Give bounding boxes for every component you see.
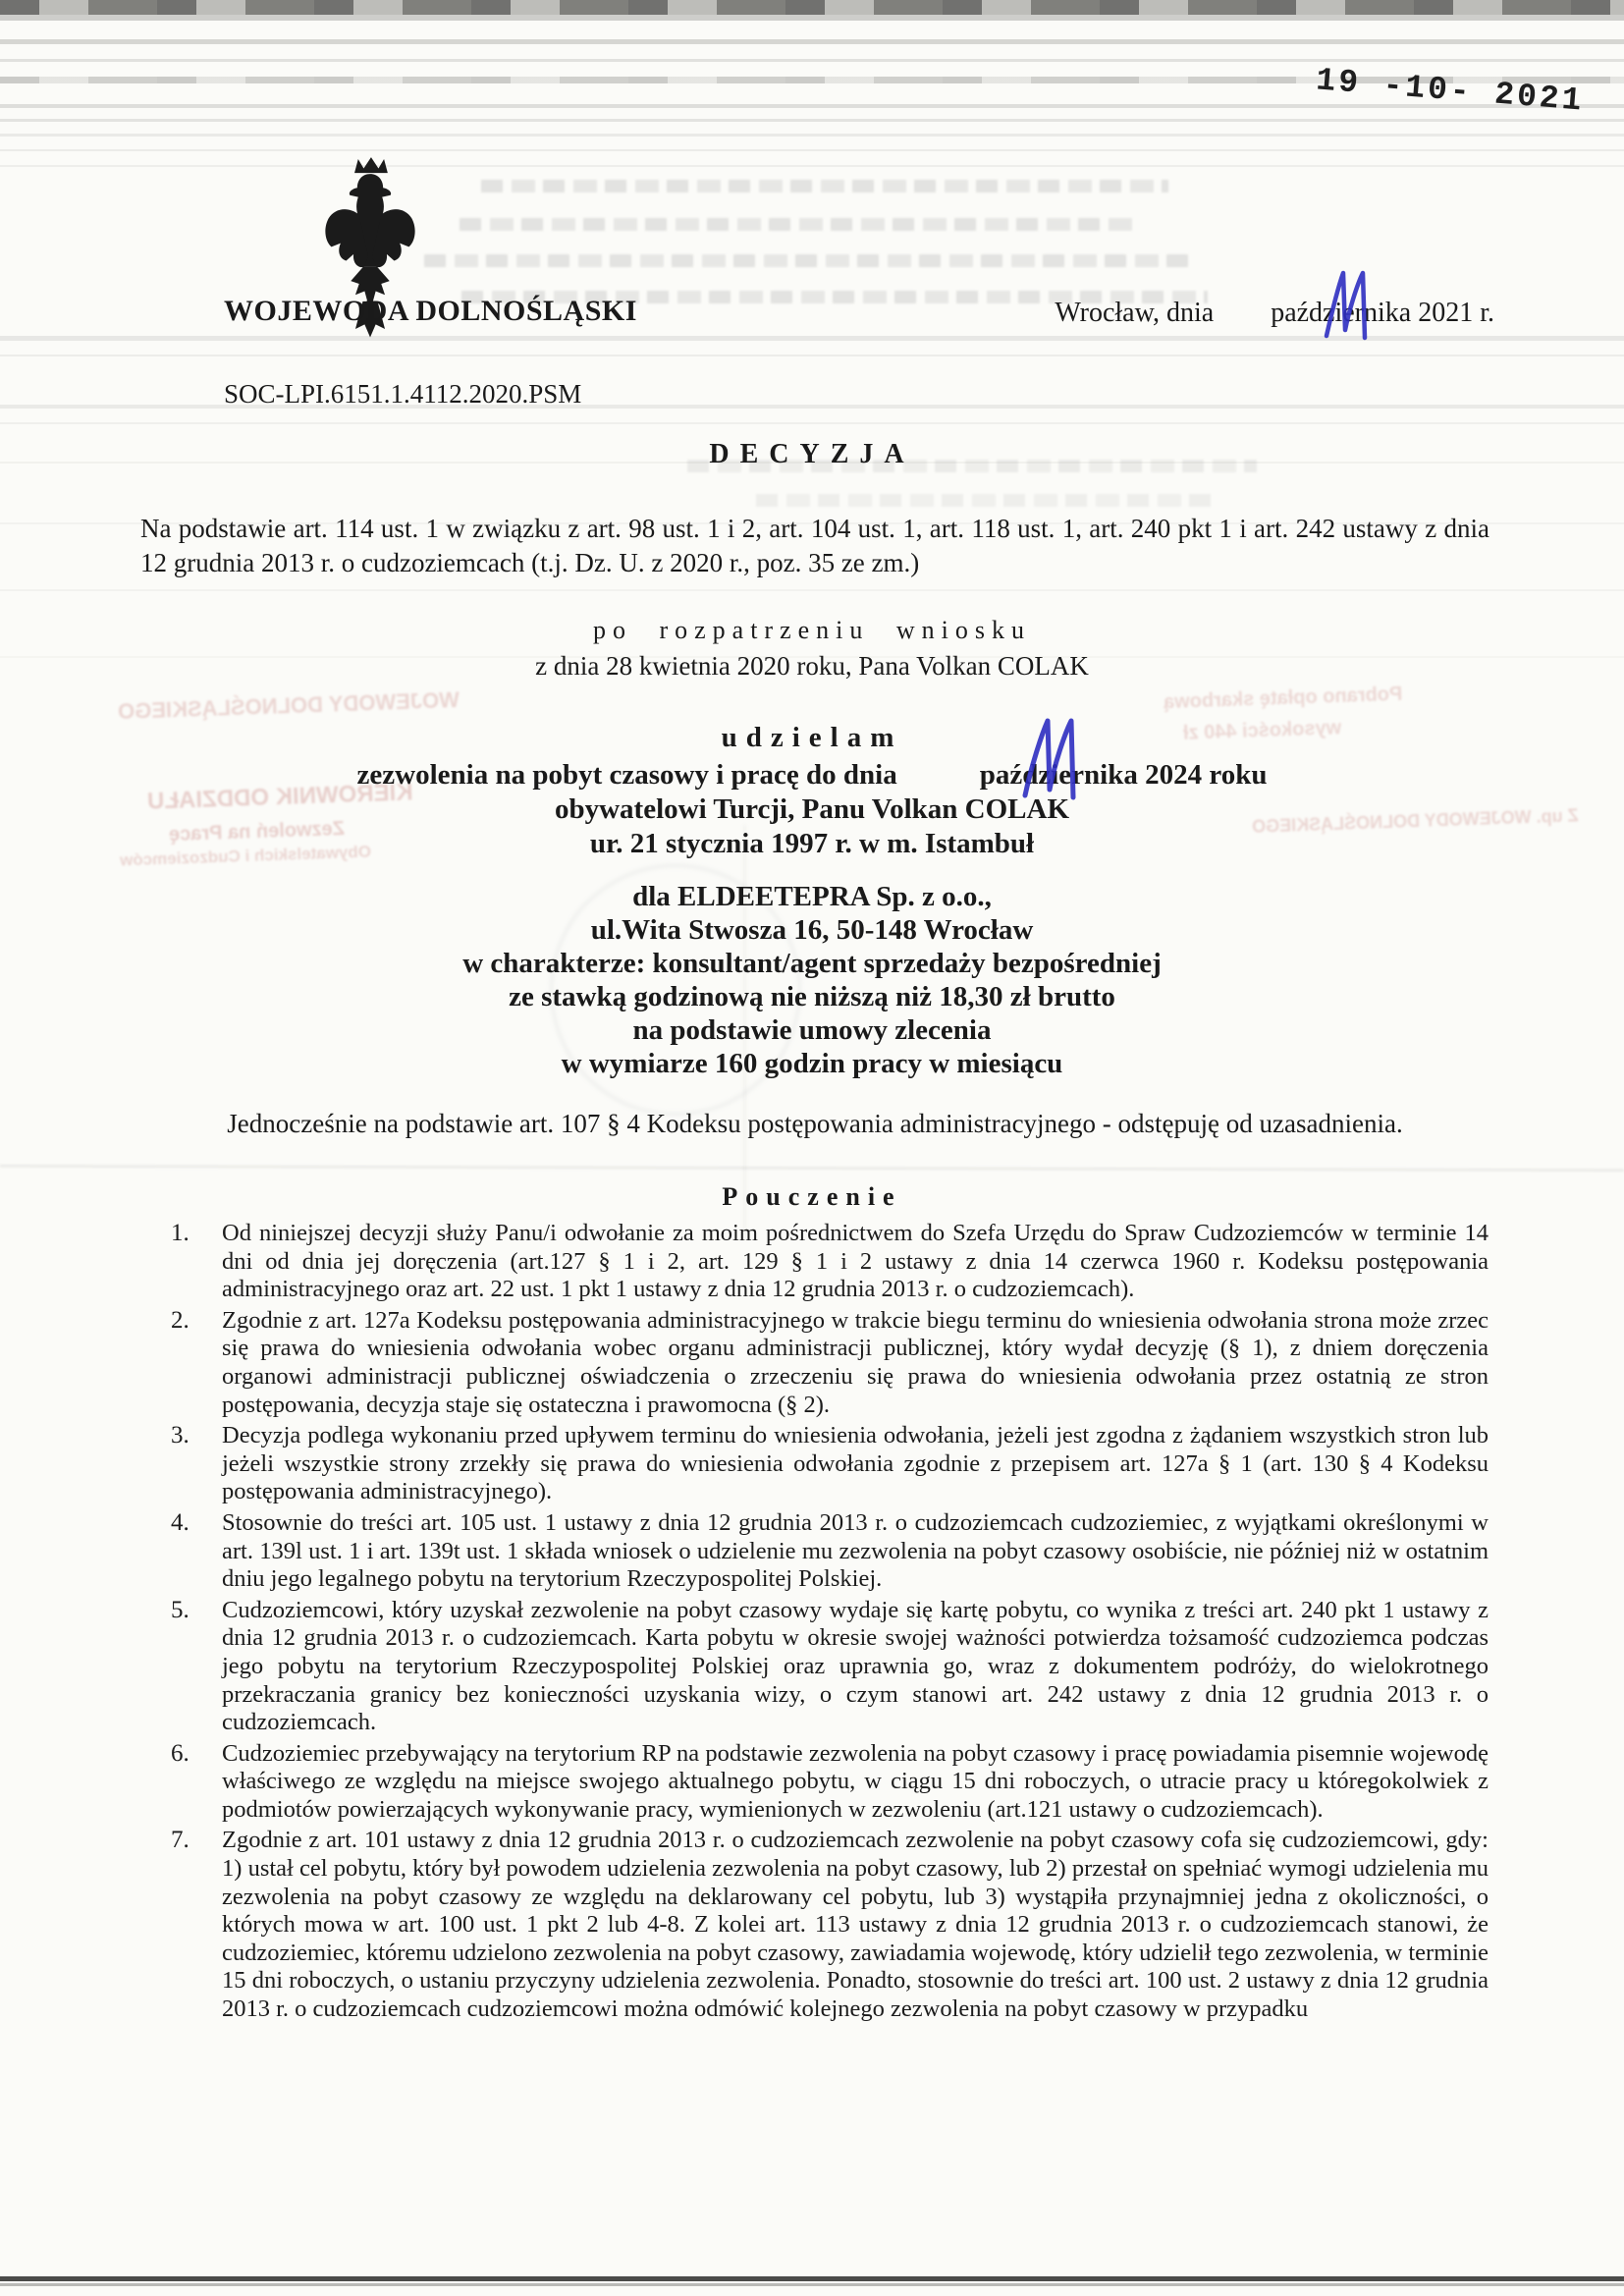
scan-streak xyxy=(0,119,1624,122)
scan-streak xyxy=(0,422,1624,424)
pouczenie-heading: Pouczenie xyxy=(0,1182,1624,1212)
pouczenie-item: Od niniejszej decyzji służy Panu/i odwoł… xyxy=(165,1220,1489,1304)
scan-streak xyxy=(0,59,1624,62)
scan-streak xyxy=(0,39,1624,44)
employer-line: w charakterze: konsultant/agent sprzedaż… xyxy=(0,948,1624,981)
after-review-heading: po rozpatrzeniu wniosku xyxy=(0,616,1624,645)
scan-streak xyxy=(0,104,1624,108)
place-date-suffix: października 2021 r. xyxy=(1271,298,1494,328)
place-date-prefix: Wrocław, dnia xyxy=(1055,298,1214,328)
ghost-stamp-text: Pobrano opłatę skarbową xyxy=(1164,683,1403,714)
scan-streak xyxy=(0,2276,1624,2281)
employer-line: na podstawie umowy zlecenia xyxy=(0,1014,1624,1048)
grant-line: zezwolenia na pobyt czasowy i pracę do d… xyxy=(0,759,1624,792)
scan-streak xyxy=(0,355,1624,356)
pouczenie-item: Zgodnie z art. 127a Kodeksu postępowania… xyxy=(165,1307,1489,1419)
pouczenie-item: Decyzja podlega wykonaniu przed upływem … xyxy=(165,1422,1489,1506)
pouczenie-item: Cudzoziemiec przebywający na terytorium … xyxy=(165,1740,1489,1825)
scan-streak xyxy=(0,336,1624,341)
after-review-subline: z dnia 28 kwietnia 2020 roku, Pana Volka… xyxy=(0,651,1624,682)
scanned-decision-page: WOJEWODY DOLNOŚLĄSKIEGO KIEROWNIK ODDZIA… xyxy=(0,0,1624,2296)
pouczenie-item: Stosownie do treści art. 105 ust. 1 usta… xyxy=(165,1509,1489,1594)
employer-line: ul.Wita Stwosza 16, 50-148 Wrocław xyxy=(0,914,1624,948)
no-justification-line: Jednocześnie na podstawie art. 107 § 4 K… xyxy=(140,1109,1489,1139)
employer-block: dla ELDEETEPRA Sp. z o.o., ul.Wita Stwos… xyxy=(0,881,1624,1081)
scan-streak xyxy=(0,589,1624,591)
scan-streak xyxy=(0,149,1624,151)
pouczenie-item: Cudzoziemcowi, który uzyskał zezwolenie … xyxy=(165,1597,1489,1737)
place-date-line: Wrocław, dniapaździernika 2021 r. xyxy=(854,298,1494,329)
scan-streak xyxy=(0,165,1624,167)
issuer-title: WOJEWODA DOLNOŚLĄSKI xyxy=(224,295,637,328)
pouczenie-item: Zgodnie z art. 101 ustawy z dnia 12 grud… xyxy=(165,1827,1489,2023)
scan-streak xyxy=(0,15,1624,21)
employer-line: ze stawką godzinową nie niższą niż 18,30… xyxy=(0,981,1624,1014)
received-date-stamp: 19 -10- 2021 xyxy=(1315,62,1586,119)
case-number: SOC-LPI.6151.1.4112.2020.PSM xyxy=(224,379,581,410)
grant-prefix: zezwolenia na pobyt czasowy i pracę do d… xyxy=(357,759,897,791)
scan-streak xyxy=(0,0,1624,15)
scan-streak xyxy=(0,134,1624,137)
ghost-text-bar xyxy=(460,218,1137,231)
ghost-text-bar xyxy=(756,494,1218,507)
ghost-text-bar xyxy=(481,180,1168,192)
beneficiary-line: obywatelowi Turcji, Panu Volkan COLAK xyxy=(0,793,1624,826)
employer-line: w wymiarze 160 godzin pracy w miesiącu xyxy=(0,1048,1624,1081)
employer-line: dla ELDEETEPRA Sp. z o.o., xyxy=(0,881,1624,914)
beneficiary-birth-line: ur. 21 stycznia 1997 r. w m. Istambuł xyxy=(0,828,1624,860)
scan-streak xyxy=(0,2283,1624,2286)
document-title: DECYZJA xyxy=(0,439,1624,470)
pouczenie-list: Od niniejszej decyzji służy Panu/i odwoł… xyxy=(165,1220,1489,2027)
grant-word: udzielam xyxy=(0,722,1624,754)
legal-basis-paragraph: Na podstawie art. 114 ust. 1 w związku z… xyxy=(140,512,1489,580)
ghost-text-bar xyxy=(424,254,1190,267)
grant-suffix: października 2024 roku xyxy=(980,759,1268,791)
ghost-stamp-text: WOJEWODY DOLNOŚLĄSKIEGO xyxy=(118,687,460,725)
paper-crease xyxy=(0,1165,1624,1172)
